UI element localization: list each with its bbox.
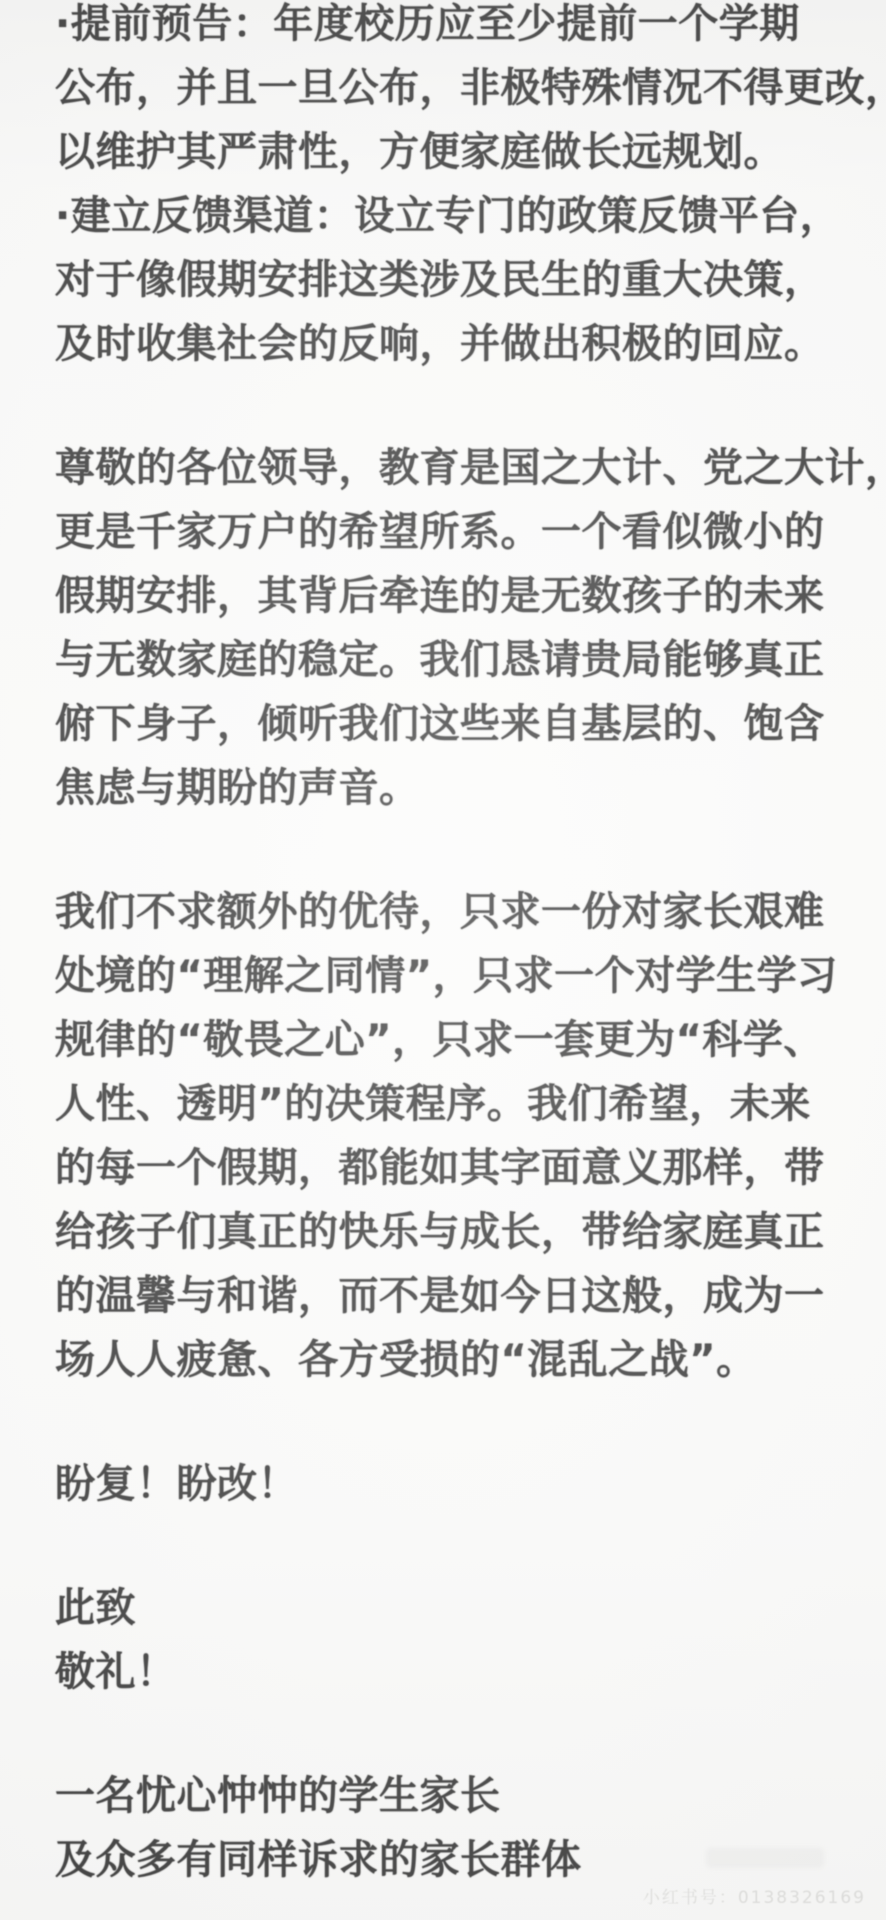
letter-paragraph-appeal-to-leaders: 尊敬的各位领导，教育是国之大计、党之大计，更是千家万户的希望所系。一个看似微小的…	[55, 436, 855, 820]
letter-photo-page: ·提前预告：年度校历应至少提前一个学期公布，并且一旦公布，非极特殊情况不得更改，…	[0, 0, 886, 1920]
letter-paragraph-signature: 一名忧心忡忡的学生家长及众多有同样诉求的家长群体	[55, 1764, 855, 1892]
letter-line: 敬礼！	[55, 1640, 855, 1704]
letter-line: 俯下身子，倾听我们这些来自基层的、饱含	[55, 692, 855, 756]
letter-line: 以维护其严肃性，方便家庭做长远规划。	[55, 120, 855, 184]
letter-line: ·建立反馈渠道：设立专门的政策反馈平台，	[55, 184, 855, 248]
letter-line: 此致	[55, 1576, 855, 1640]
letter-line: 处境的“理解之同情”，只求一个对学生学习	[55, 944, 855, 1008]
letter-line: 盼复！盼改！	[55, 1452, 855, 1516]
letter-line: 及时收集社会的反响，并做出积极的回应。	[55, 312, 855, 376]
letter-paragraph-salute-closing: 此致敬礼！	[55, 1576, 855, 1704]
letter-body: ·提前预告：年度校历应至少提前一个学期公布，并且一旦公布，非极特殊情况不得更改，…	[55, 0, 855, 1892]
watermark-text: 小红书号：0138326169	[643, 1883, 866, 1908]
letter-line: 一名忧心忡忡的学生家长	[55, 1764, 855, 1828]
letter-line: 对于像假期安排这类涉及民生的重大决策，	[55, 248, 855, 312]
letter-paragraph-three-requests: 我们不求额外的优待，只求一份对家长艰难处境的“理解之同情”，只求一个对学生学习规…	[55, 880, 855, 1392]
letter-line: 场人人疲惫、各方受损的“混乱之战”。	[55, 1328, 855, 1392]
letter-line: 的每一个假期，都能如其字面意义那样，带	[55, 1136, 855, 1200]
letter-line: 更是千家万户的希望所系。一个看似微小的	[55, 500, 855, 564]
letter-line: 的温馨与和谐，而不是如今日这般，成为一	[55, 1264, 855, 1328]
letter-line: 焦虑与期盼的声音。	[55, 756, 855, 820]
letter-line: 我们不求额外的优待，只求一份对家长艰难	[55, 880, 855, 944]
letter-line: 假期安排，其背后牵连的是无数孩子的未来	[55, 564, 855, 628]
letter-line: ·提前预告：年度校历应至少提前一个学期	[55, 0, 855, 56]
letter-line: 尊敬的各位领导，教育是国之大计、党之大计，	[55, 436, 855, 500]
letter-line: 人性、透明”的决策程序。我们希望，未来	[55, 1072, 855, 1136]
letter-paragraph-bullet-suggestions: ·提前预告：年度校历应至少提前一个学期公布，并且一旦公布，非极特殊情况不得更改，…	[55, 0, 855, 376]
letter-line: 规律的“敬畏之心”，只求一套更为“科学、	[55, 1008, 855, 1072]
watermark-smudge	[706, 1848, 824, 1868]
letter-line: 公布，并且一旦公布，非极特殊情况不得更改，	[55, 56, 855, 120]
letter-line: 与无数家庭的稳定。我们恳请贵局能够真正	[55, 628, 855, 692]
letter-line: 给孩子们真正的快乐与成长，带给家庭真正	[55, 1200, 855, 1264]
letter-paragraph-hope-reply: 盼复！盼改！	[55, 1452, 855, 1516]
